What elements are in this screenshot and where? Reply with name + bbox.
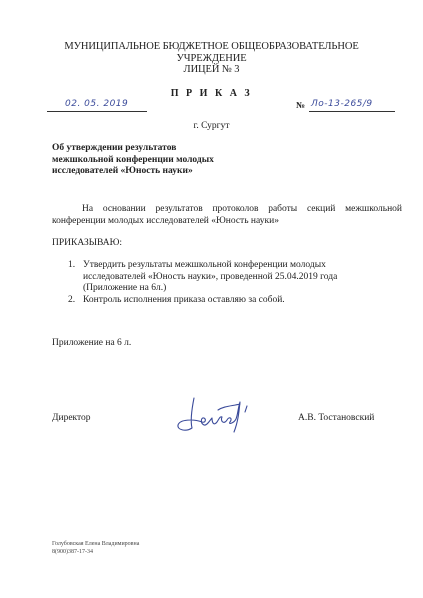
subject-line-2: межшкольной конференции молодых bbox=[52, 155, 214, 167]
signatory-position: Директор bbox=[52, 413, 91, 425]
organization-header: МУНИЦИПАЛЬНОЕ БЮДЖЕТНОЕ ОБЩЕОБРАЗОВАТЕЛЬ… bbox=[0, 41, 423, 76]
intro-line-1: На основании результатов протоколов рабо… bbox=[52, 204, 402, 216]
subject-line-3: исследователей «Юность науки» bbox=[52, 166, 214, 178]
city: г. Сургут bbox=[0, 121, 423, 133]
date-field: 02. 05. 2019 bbox=[47, 99, 147, 112]
order-items: 1. Утвердить результаты межшкольной конф… bbox=[68, 260, 368, 306]
executor-info: Голубовская Елена Владимировна 8(900)387… bbox=[52, 541, 139, 556]
subject-line-1: Об утверждении результатов bbox=[52, 143, 214, 155]
number-prefix: № bbox=[296, 100, 305, 112]
order-item: 2. Контроль исполнения приказа оставляю … bbox=[68, 295, 368, 307]
signatory-name: А.В. Тостановский bbox=[298, 413, 374, 425]
order-item-line: Утвердить результаты межшкольной конфере… bbox=[83, 260, 337, 272]
signature-icon bbox=[172, 392, 267, 440]
executor-phone: 8(900)387-17-34 bbox=[52, 549, 139, 557]
order-item-line: Контроль исполнения приказа оставляю за … bbox=[83, 295, 285, 307]
header-line-2: УЧРЕЖДЕНИЕ bbox=[0, 53, 423, 65]
order-word: ПРИКАЗЫВАЮ: bbox=[52, 238, 122, 250]
intro-line-2: конференции молодых исследователей «Юнос… bbox=[52, 216, 402, 228]
order-item-line: (Приложение на 6л.) bbox=[83, 283, 337, 295]
header-line-1: МУНИЦИПАЛЬНОЕ БЮДЖЕТНОЕ ОБЩЕОБРАЗОВАТЕЛЬ… bbox=[0, 41, 423, 53]
executor-name: Голубовская Елена Владимировна bbox=[52, 541, 139, 549]
date-handwritten: 02. 05. 2019 bbox=[65, 99, 128, 109]
attachment-note: Приложение на 6 л. bbox=[52, 338, 131, 350]
order-item-number: 2. bbox=[68, 295, 83, 307]
order-item-number: 1. bbox=[68, 260, 83, 295]
order-number-handwritten: Ло-13-265/9 bbox=[311, 99, 373, 109]
order-item-line: исследователей «Юность науки», проведенн… bbox=[83, 272, 337, 284]
header-line-3: ЛИЦЕЙ № 3 bbox=[0, 64, 423, 76]
document-type-title: П Р И К А З bbox=[0, 88, 423, 99]
order-item: 1. Утвердить результаты межшкольной конф… bbox=[68, 260, 368, 295]
intro-paragraph: На основании результатов протоколов рабо… bbox=[52, 204, 402, 227]
subject-block: Об утверждении результатов межшкольной к… bbox=[52, 143, 214, 178]
order-number-field: № Ло-13-265/9 bbox=[295, 99, 395, 112]
